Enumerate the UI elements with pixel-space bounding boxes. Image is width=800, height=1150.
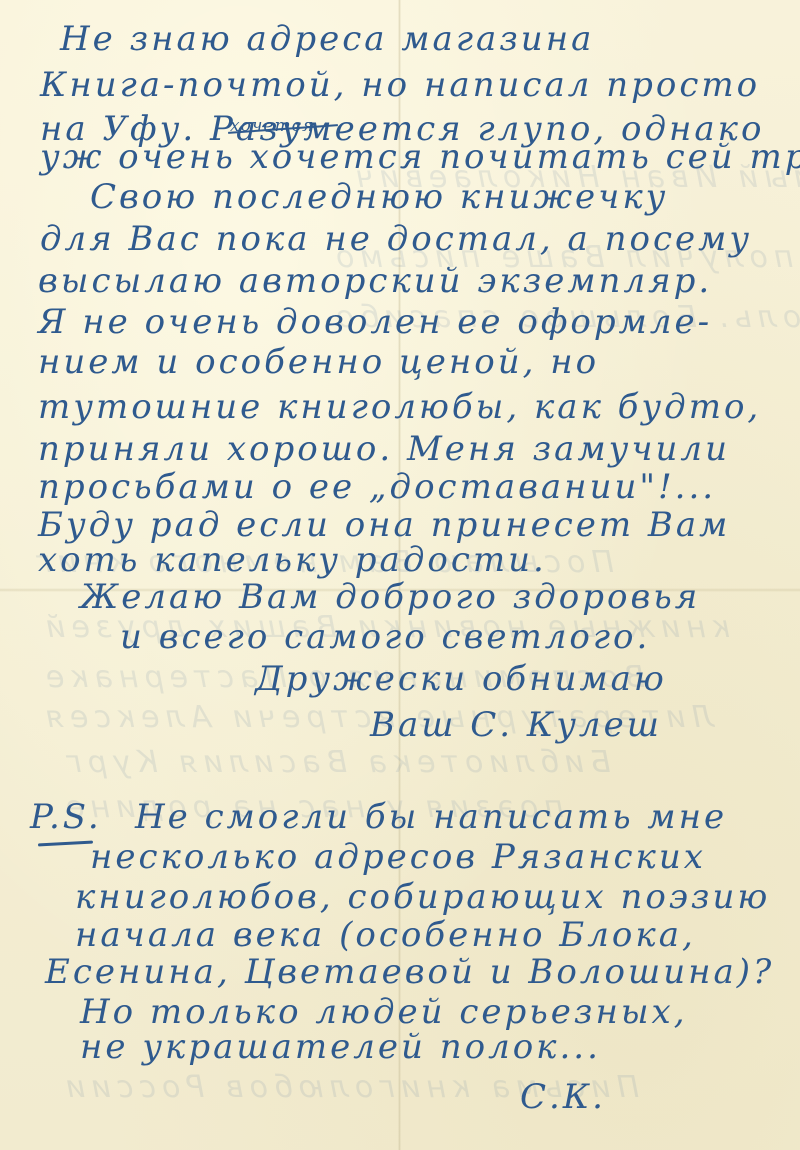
letter-line: приняли хорошо. Меня замучили	[38, 432, 730, 466]
ps-line: не украшателей полок...	[80, 1030, 601, 1064]
letter-line: просьбами о ее „доставании"!...	[38, 470, 716, 504]
ps-line: Есенина, Цветаевой и Волошина)?	[45, 955, 774, 989]
initials: С.К.	[520, 1080, 606, 1114]
closing: Дружески обнимаю	[255, 662, 667, 696]
letter-line: тутошние книголюбы, как будто,	[38, 390, 761, 424]
ps-label: P.S.	[30, 800, 102, 834]
letter-line: Не знаю адреса магазина	[60, 22, 594, 56]
letter-line: высылаю авторский экземпляр.	[38, 264, 712, 298]
ps-line: Не смогли бы написать мне	[135, 800, 727, 834]
letter-line: Свою последнюю книжечку	[90, 180, 668, 214]
letter-line: Я не очень доволен ее оформле-	[38, 305, 712, 339]
letter-line: нием и особенно ценой, но	[38, 345, 599, 379]
ps-line: Но только людей серьезных,	[80, 995, 688, 1029]
signature: Ваш С. Кулеш	[370, 708, 662, 742]
letter-line: уж очень хочется почитать сей труд.	[40, 140, 800, 174]
ps-line: начала века (особенно Блока,	[75, 918, 696, 952]
letter-line: Книга-почтой, но написал просто	[40, 68, 760, 102]
letter-line: хоть капельку радости.	[38, 543, 547, 577]
letter-line: и всего самого светлого.	[120, 620, 650, 654]
ps-line: несколько адресов Рязанских	[90, 840, 706, 874]
bleed-through-text: Библиотека Василия Кург	[60, 745, 611, 780]
ps-line: книголюбов, собирающих поэзию	[75, 880, 770, 914]
letter-line: Желаю Вам доброго здоровья	[80, 580, 700, 614]
letter-line: для Вас пока не достал, а посему	[40, 222, 752, 256]
letter-line: Буду рад если она принесет Вам	[38, 508, 730, 542]
